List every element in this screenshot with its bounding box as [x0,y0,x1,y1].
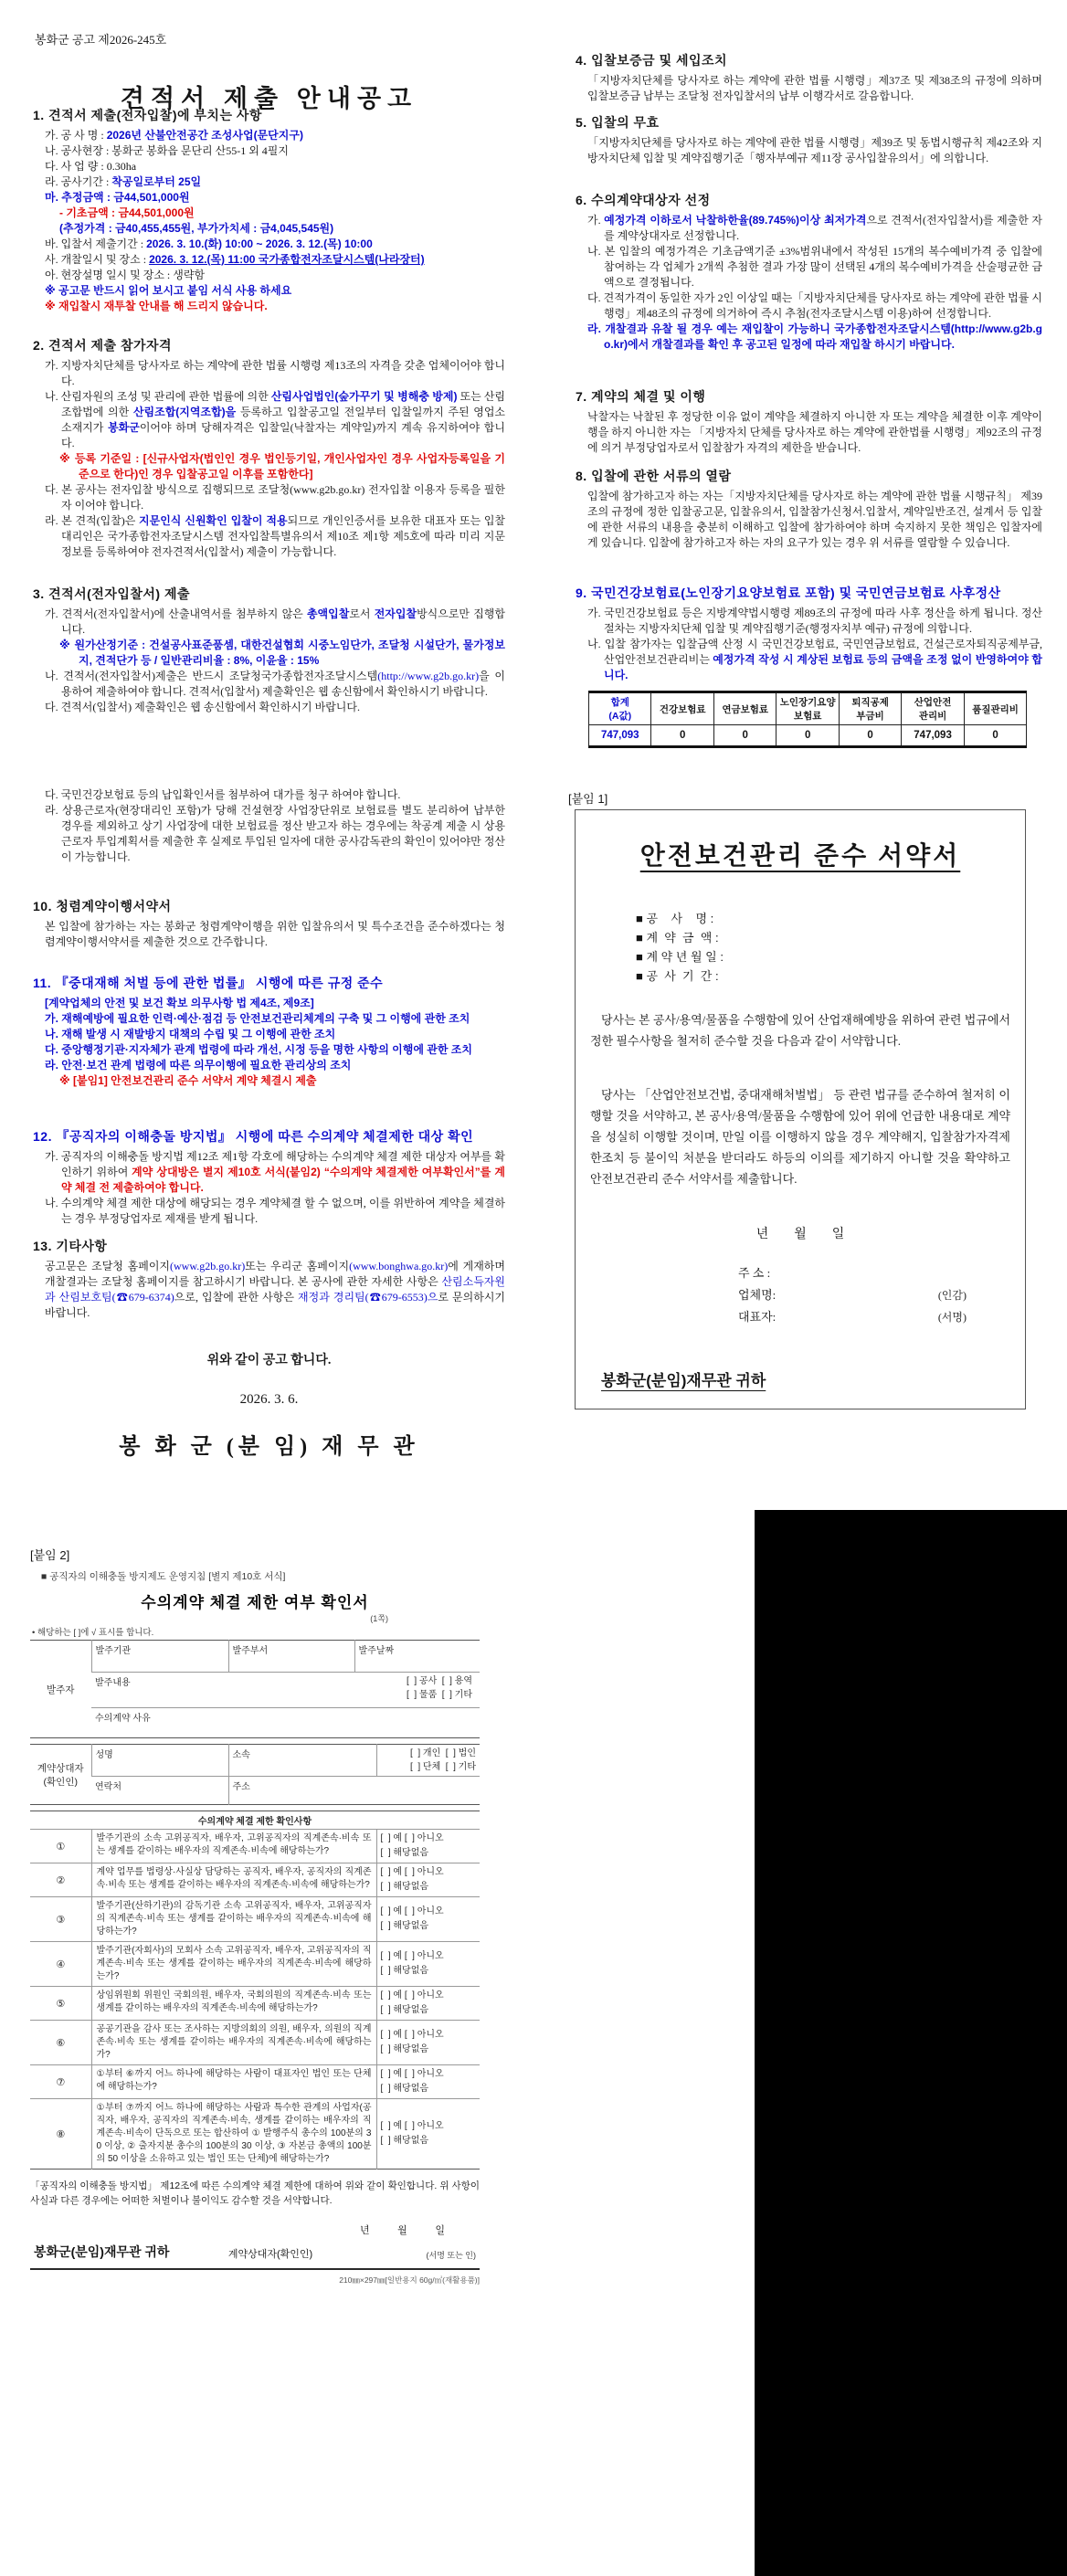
contract-reason-field[interactable]: 수의계약 사유 [91,1708,480,1738]
text-segment: - 기초금액 : 금44,501,000원 [59,206,195,219]
order-content-label: 발주내용 [95,1674,131,1702]
text-segment: 라. 상용근로자(현장대리인 포함)가 당해 건설현장 사업장단위로 보험료를 … [45,804,505,863]
item-number: ② [30,1863,91,1897]
contractor-name-field[interactable]: 성명 [91,1745,228,1777]
order-content-cell: 발주내용 [ ] 공사 [ ] 용역[ ] 물품 [ ] 기타 [91,1673,480,1708]
checkbox-line[interactable]: [ ] 예 [ ] 아니오 [381,1867,444,1877]
check-item-row: ③ 발주기관(산하기관)의 감독기관 소속 고위공직자, 배우자, 고위공직자의… [30,1897,480,1942]
section-1: 1. 견적서 제출(전자입찰)에 부치는 사항 가. 공 사 명 : 2026년… [33,106,505,314]
item-question: ①부터 ⑦까지 어느 하나에 해당하는 사람과 특수한 관계의 사업자(공직자,… [91,2099,376,2170]
text-segment: (http://www.g2b.go.kr) [377,670,479,682]
section-title: 10. 청렴계약이행서약서 [33,897,505,915]
item-question: 계약 업무를 법령상·사실상 담당하는 공직자, 배우자, 공직자의 직계존속·… [91,1863,376,1897]
paragraph: 「지방자치단체를 당사자로 하는 계약에 관한 법률 시행령」제39조 및 동법… [576,135,1042,166]
paragraph: 가. 국민건강보험료 등은 지방계약법시행령 제89조의 규정에 따라 사후 정… [576,606,1042,637]
orderer-row-label: 발주자 [30,1641,91,1738]
table-value-cell: 747,093 [902,725,964,747]
section-title: 8. 입찰에 관한 서류의 열람 [576,467,1042,485]
checkbox-line[interactable]: [ ] 공사 [ ] 용역 [407,1676,472,1686]
text-segment: 으로, 입찰에 관한 사항은 [174,1291,298,1304]
checkbox-line[interactable]: [ ] 예 [ ] 아니오 [381,2069,444,2079]
paragraph: - 기초금액 : 금44,501,000원 [33,206,505,221]
order-agency-field[interactable]: 발주기관 [91,1641,228,1673]
text-segment: 가. 견적서(전자입찰서)에 산출내역서를 첨부하지 않은 [45,607,307,620]
check-item-row: ⑤ 상임위원회 위원인 국회의원, 배우자, 국회의원의 직계존속·비속 또는 … [30,1987,480,2021]
paragraph: 라. 안전·보건 관계 법령에 따른 의무이행에 필요한 관리상의 조치 [33,1058,505,1073]
paragraph: 다. 본 공사는 전자입찰 방식으로 집행되므로 조달청(www.g2b.go.… [33,482,505,513]
text-segment: 「지방자치단체를 당사자로 하는 계약에 관한 법률 시행령」제37조 및 제3… [587,74,1042,102]
checkbox-line[interactable]: [ ] 단체 [ ] 기타 [410,1762,476,1772]
checkbox-line[interactable]: [ ] 해당없음 [381,1848,429,1858]
text-segment: (www.bonghwa.go.kr) [349,1260,448,1272]
section-title: 9. 국민건강보험료(노인장기요양보험료 포함) 및 국민연금보험료 사후정산 [576,584,1042,602]
text-segment: 총액입찰 [307,607,349,620]
table-row: 수의계약 사유 [30,1708,480,1738]
oath-signature-block: 주 소 : 업체명: (인감) 대표자: (서명) [738,1262,967,1328]
signature-label: 주 소 : [738,1262,770,1284]
text-segment: 다. 견적가격이 동일한 자가 2인 이상일 때는「지방자치단체를 당사자로 하… [587,291,1042,320]
table-value-cell: 0 [839,725,901,747]
document-page: 봉화군 공고 제2026-245호 견적서 제출 안내공고 1. 견적서 제출(… [0,0,1067,2576]
check-item-row: ⑦ ①부터 ⑥까지 어느 하나에 해당하는 사람이 대표자인 법인 또는 단체에… [30,2065,480,2099]
text-segment: 재정과 경리팀(☎679-6553)으 [298,1291,438,1304]
text-segment: ※ 원가산정기준 : [59,639,149,651]
paragraph: 다. 사 업 량 : 0.30ha [33,159,505,174]
section-8: 8. 입찰에 관한 서류의 열람 입찰에 참가하고자 하는 자는「지방자치단체를… [576,467,1042,551]
table-value-cell: 0 [651,725,713,747]
text-segment: 2026년 산불안전공간 조성사업(문단지구) [107,129,303,142]
paragraph: 라. 상용근로자(현장대리인 포함)가 당해 건설현장 사업장단위로 보험료를 … [33,803,505,865]
item-number: ⑤ [30,1987,91,2021]
checkbox-line[interactable]: [ ] 예 [ ] 아니오 [381,2121,444,2131]
paragraph: 나. 재해 발생 시 재발방지 대책의 수립 및 그 이행에 관한 조치 [33,1027,505,1042]
paragraph: 나. 본 입찰의 예정가격은 기초금액기준 ±3%범위내에서 작성된 15개의 … [576,244,1042,290]
paragraph: 나. 공사현장 : 봉화군 봉화읍 문단리 산55-1 외 4필지 [33,143,505,159]
item-number: ⑥ [30,2021,91,2065]
section-body: 다. 국민건강보험료 등의 납입확인서를 첨부하여 대가를 청구 하여야 합니다… [33,787,505,865]
check-item-row: ⑥ 공공기관을 감사 또는 조사하는 지방의회의 의원, 배우자, 의원의 직계… [30,2021,480,2065]
section-6: 6. 수의계약대상자 선정 가. 예정가격 이하로서 낙찰하한율(89.745%… [576,191,1042,353]
section-body: 「지방자치단체를 당사자로 하는 계약에 관한 법률 시행령」제37조 및 제3… [576,73,1042,104]
signature-note: (서명) [938,1306,967,1328]
item-answer-checkboxes[interactable]: [ ] 예 [ ] 아니오[ ] 해당없음 [376,1987,480,2021]
text-segment: ※ 공고문 반드시 읽어 보시고 붙임 서식 사용 하세요 [45,284,291,297]
text-segment: 본 입찰에 참가하는 자는 봉화군 청렴계약이행을 위한 입찰유의서 및 특수조… [45,920,505,948]
section-title: 3. 견적서(전자입찰서) 제출 [33,585,505,603]
checkbox-line[interactable]: [ ] 예 [ ] 아니오 [381,1833,444,1843]
section-body: 입찰에 참가하고자 하는 자는「지방자치단체를 당사자로 하는 계약에 관한 법… [576,489,1042,551]
text-segment: 가. 지방자치단체를 당사자로 하는 계약에 관한 법률 시행령 제13조의 자… [45,359,505,387]
checkbox-line[interactable]: [ ] 해당없음 [381,1921,429,1931]
attachment1-label: [붙임 1] [568,789,607,807]
oath-field-label: ■ 공 사 기 간 : [636,966,1025,986]
section-12: 12. 『공직자의 이해충돌 방지법』 시행에 따른 수의계약 체결제한 대상 … [33,1127,505,1227]
text-segment: 다. 본 공사는 전자입찰 방식으로 집행되므로 조달청(www.g2b.go.… [45,483,505,512]
checkbox-line[interactable]: [ ] 예 [ ] 아니오 [381,2030,444,2040]
text-segment: 바. 입찰서 제출기간 : [45,238,146,250]
oath-paragraph-2: 당사는 「산업안전보건법, 중대재해처벌법」 등 관련 법규를 준수하여 철저히… [590,1084,1010,1189]
checkbox-line[interactable]: [ ] 해당없음 [381,2136,429,2146]
text-segment: 다. 견적서(입찰서) 제출확인은 웹 송신함에서 확인하시기 바랍니다. [45,701,360,713]
checkbox-line[interactable]: [ ] 예 [ ] 아니오 [381,1906,444,1916]
table-value-cell: 0 [713,725,776,747]
document-number: 봉화군 공고 제2026-245호 [35,30,166,48]
form-note: • 해당하는 [ ]에 √ 표시를 합니다. [32,1625,480,1638]
text-segment: 다. 중앙행정기관·지자체가 관계 법령에 따라 개선, 시정 등을 명한 사항… [45,1043,472,1056]
paragraph: 아. 현장설명 일시 및 장소 : 생략함 [33,268,505,283]
text-segment: 나. 수의계약 체결 제한 대상에 해당되는 경우 계약체결 할 수 없으며, … [45,1197,505,1225]
text-segment: 다. 국민건강보험료 등의 납입확인서를 첨부하여 대가를 청구 하여야 합니다… [45,788,400,801]
paragraph: 라. 본 견적(입찰)은 지문인식 신원확인 입찰이 적용되므로 개인인증서를 … [33,513,505,560]
attachment2-form: [붙임 2] ■ 공직자의 이해충돌 방지제도 운영지침 [별지 제10호 서식… [30,1546,480,2286]
check-item-row: ④ 발주기관(자회사)의 모회사 소속 고위공직자, 배우자, 고위공직자의 직… [30,1942,480,1987]
oath-field-label: ■ 계 약 금 액 : [636,928,1025,947]
section-title: 12. 『공직자의 이해충돌 방지법』 시행에 따른 수의계약 체결제한 대상 … [33,1127,505,1145]
text-segment: 예정가격 이하로서 낙찰하한율(89.745%)이상 최저가격 [604,214,866,227]
safety-oath-box: 안전보건관리 준수 서약서 ■ 공 사 명 :■ 계 약 금 액 :■ 계 약 … [575,809,1026,1409]
check-items: ① 발주기관의 소속 고위공직자, 배우자, 고위공직자의 직계존속·비속 또는… [30,1830,480,2170]
text-segment: 다. 사 업 량 : 0.30ha [45,160,136,173]
signature-label: 대표자: [738,1306,776,1328]
text-segment: 또는 우리군 홈페이지 [245,1260,349,1272]
section-body: 가. 공 사 명 : 2026년 산불안전공간 조성사업(문단지구)나. 공사현… [33,128,505,314]
text-segment: 사. 개찰일시 및 장소 : [45,253,149,266]
oath-title: 안전보건관리 준수 서약서 [576,836,1025,872]
announcement-date: 2026. 3. 6. [33,1392,505,1408]
table-header-cell: 품질관리비 [964,692,1027,725]
item-answer-checkboxes[interactable]: [ ] 예 [ ] 아니오[ ] 해당없음 [376,2099,480,2170]
insurance-settlement-table: 합계 (A값)건강보험료연금보험료노인장기요양 보험료퇴직공제 부금비산업안전 … [588,691,1027,748]
table-value-cell: 0 [776,725,839,747]
item-number: ⑦ [30,2065,91,2099]
text-segment: 로서 [349,607,374,620]
section-body: 가. 지방자치단체를 당사자로 하는 계약에 관한 법률 시행령 제13조의 자… [33,358,505,560]
item-answer-checkboxes[interactable]: [ ] 예 [ ] 아니오[ ] 해당없음 [376,2021,480,2065]
check-table-title: 수의계약 체결 제한 확인사항 [30,1811,480,1830]
item-number: ⑧ [30,2099,91,2170]
table-header-cell: 건강보험료 [651,692,713,725]
table-header-cell: 퇴직공제 부금비 [839,692,901,725]
text-segment: 나. 견적서(전자입찰서)제출은 반드시 조달청국가종합전자조달시스템 [45,670,377,682]
oath-signature-row: 대표자: (서명) [738,1306,967,1328]
paragraph: 사. 개찰일시 및 장소 : 2026. 3. 12.(목) 11:00 국가종… [33,252,505,268]
section-10: 10. 청렴계약이행서약서 본 입찰에 참가하는 자는 봉화군 청렴계약이행을 … [33,897,505,950]
section-4: 4. 입찰보증금 및 세입조치 「지방자치단체를 당사자로 하는 계약에 관한 … [576,51,1042,104]
item-answer-checkboxes[interactable]: [ ] 예 [ ] 아니오[ ] 해당없음 [376,1863,480,1897]
text-segment: (www.g2b.go.kr) [170,1260,245,1272]
paragraph: ※ [붙임1] 안전보건관리 준수 서약서 계약 체결시 제출 [33,1073,505,1089]
text-segment: 낙찰자는 낙찰된 후 정당한 이유 없이 계약을 체결하지 아니한 자 또는 계… [587,410,1042,454]
text-segment: 가. 재해예방에 필요한 인력·예산·점검 등 안전보건관리체계의 구축 및 그… [45,1012,470,1025]
text-segment: 나. 본 입찰의 예정가격은 기초금액기준 ±3%범위내에서 작성된 15개의 … [587,245,1042,289]
paragraph: [계약업체의 안전 및 보건 확보 의무사항 법 제4조, 제9조] [33,996,505,1011]
paragraph: 다. 국민건강보험료 등의 납입확인서를 첨부하여 대가를 청구 하여야 합니다… [33,787,505,803]
section-title: 4. 입찰보증금 및 세입조치 [576,51,1042,69]
section-2: 2. 견적서 제출 참가자격 가. 지방자치단체를 당사자로 하는 계약에 관한… [33,336,505,560]
table-value-cell: 747,093 [589,725,651,747]
section-title: 5. 입찰의 무효 [576,113,1042,132]
checkbox-line[interactable]: [ ] 해당없음 [381,2084,429,2094]
section-title: 6. 수의계약대상자 선정 [576,191,1042,209]
text-segment: 라. [587,322,605,335]
oath-signature-row: 주 소 : [738,1262,967,1284]
paragraph: 가. 공직자의 이해충돌 방지법 제12조 제1항 각호에 해당하는 수의계약 … [33,1149,505,1196]
checkbox-line[interactable]: [ ] 예 [ ] 아니오 [381,1951,444,1961]
table-header-cell: 합계 (A값) [589,692,651,725]
paragraph: ※ 재입찰시 재투찰 안내를 해 드리지 않습니다. [33,299,505,314]
table-row: 발주자 발주기관 발주부서 발주날짜 [30,1641,480,1673]
announcer-signature: 봉 화 군 (분 임) 재 무 관 [33,1428,505,1460]
paragraph: 라. 공사기간 : 착공일로부터 25일 [33,174,505,190]
table-header-cell: 연금보험료 [713,692,776,725]
section-body: 본 입찰에 참가하는 자는 봉화군 청렴계약이행을 위한 입찰유의서 및 특수조… [33,919,505,950]
confirmation-statement: 「공직자의 이해충돌 방지법」 제12조에 따른 수의계약 체결 제한에 대하여… [30,2179,480,2208]
order-dept-field[interactable]: 발주부서 [228,1641,354,1673]
text-segment: 전자입찰 [375,607,417,620]
section-13: 13. 기타사항 공고문은 조달청 홈페이지(www.g2b.go.kr)또는 … [33,1237,505,1321]
paragraph: 라. 개찰결과 유찰 될 경우 예는 재입찰이 가능하니 국가종합전자조달시스템… [576,322,1042,353]
text-segment: [계약업체의 안전 및 보건 확보 의무사항 법 제4조, 제9조] [45,997,314,1009]
section-title: 7. 계약의 체결 및 이행 [576,387,1042,406]
section-3: 3. 견적서(전자입찰서) 제출 가. 견적서(전자입찰서)에 산출내역서를 첨… [33,585,505,715]
text-segment: 입찰에 참가하고자 하는 자는「지방자치단체를 당사자로 하는 계약에 관한 법… [587,490,1042,549]
contractor-type-checkboxes[interactable]: [ ] 개인 [ ] 법인[ ] 단체 [ ] 기타 [376,1745,480,1777]
text-segment: 개찰결과 유찰 될 경우 예는 재입찰이 가능하니 국가종합전자조달시스템(ht… [604,322,1042,351]
section-body: 가. 견적서(전자입찰서)에 산출내역서를 첨부하지 않은 총액입찰로서 전자입… [33,607,505,715]
item-question: 발주기관(산하기관)의 감독기관 소속 고위공직자, 배우자, 고위공직자의 직… [91,1897,376,1942]
oath-field-label: ■ 공 사 명 : [636,909,1025,928]
checkbox-line[interactable]: [ ] 해당없음 [381,2044,429,2054]
signature-label: 업체명: [738,1284,776,1306]
item-answer-checkboxes[interactable]: [ ] 예 [ ] 아니오[ ] 해당없음 [376,1897,480,1942]
text-segment: 가. [587,214,604,227]
section-7: 7. 계약의 체결 및 이행 낙찰자는 낙찰된 후 정당한 이유 없이 계약을 … [576,387,1042,456]
section-title: 11. 『중대재해 처벌 등에 관한 법률』 시행에 따른 규정 준수 [33,974,505,992]
form-footer-row: 봉화군(분임)재무관 귀하 계약상대자(확인인) (서명 또는 인) [30,2239,480,2270]
checkbox-line[interactable]: [ ] 개인 [ ] 법인 [410,1748,476,1758]
table-row: 연락처 주소 [30,1777,480,1805]
section-body: 가. 공직자의 이해충돌 방지법 제12조 제1항 각호에 해당하는 수의계약 … [33,1149,505,1227]
checkbox-line[interactable]: [ ] 해당없음 [381,1882,429,1892]
text-segment: 산림사업법인(숲가꾸기 및 병해충 방제) [271,390,458,403]
closing-announcement: 위와 같이 공고 합니다. [33,1350,505,1368]
oath-paragraph-1: 당사는 본 공사/용역/물품을 수행함에 있어 산업재해예방을 위하여 관련 법… [590,1009,1010,1051]
paragraph: 나. 수의계약 체결 제한 대상에 해당되는 경우 계약체결 할 수 없으며, … [33,1196,505,1227]
table-row: 계약상대자 (확인인) 성명 소속 [ ] 개인 [ ] 법인[ ] 단체 [ … [30,1745,480,1777]
contractor-belong-field[interactable]: 소속 [228,1745,376,1777]
text-segment: 지문인식 신원확인 입찰이 적용 [139,514,288,527]
order-type-checkboxes[interactable]: [ ] 공사 [ ] 용역[ ] 물품 [ ] 기타 [407,1674,476,1702]
form-title: 수의계약 체결 제한 여부 확인서 [30,1589,480,1612]
oath-date-line: 년 월 일 [576,1224,1025,1242]
paragraph: 다. 중앙행정기관·지자체가 관계 법령에 따라 개선, 시정 등을 명한 사항… [33,1042,505,1058]
item-answer-checkboxes[interactable]: [ ] 예 [ ] 아니오[ ] 해당없음 [376,1830,480,1863]
item-question: 발주기관의 소속 고위공직자, 배우자, 고위공직자의 직계존속·비속 또는 생… [91,1830,376,1863]
text-segment: 공고문은 조달청 홈페이지 [45,1260,170,1272]
text-segment: 라. 안전·보건 관계 법령에 따른 의무이행에 필요한 관리상의 조치 [45,1059,351,1072]
section-9: 9. 국민건강보험료(노인장기요양보험료 포함) 및 국민연금보험료 사후정산 … [576,584,1042,748]
item-number: ③ [30,1897,91,1942]
item-question: ①부터 ⑥까지 어느 하나에 해당하는 사람이 대표자인 법인 또는 단체에 해… [91,2065,376,2099]
checkbox-line[interactable]: [ ] 해당없음 [381,1966,429,1976]
oath-fields: ■ 공 사 명 :■ 계 약 금 액 :■ 계 약 년 월 일 :■ 공 사 기… [636,909,1025,986]
paragraph: 가. 재해예방에 필요한 인력·예산·점검 등 안전보건관리체계의 구축 및 그… [33,1011,505,1027]
paragraph: ※ 등록 기준일 : [신규사업자(법인인 경우 법인등기일, 개인사업자인 경… [33,451,505,482]
section-title: 2. 견적서 제출 참가자격 [33,336,505,354]
section-5: 5. 입찰의 무효 「지방자치단체를 당사자로 하는 계약에 관한 법률 시행령… [576,113,1042,166]
item-number: ① [30,1830,91,1863]
checkbox-line[interactable]: [ ] 예 [ ] 아니오 [381,1990,444,2001]
text-segment: 산림조합(지역조합)을 [133,406,236,418]
paragraph: 가. 견적서(전자입찰서)에 산출내역서를 첨부하지 않은 총액입찰로서 전자입… [33,607,505,638]
text-segment: 착공일로부터 25일 [111,175,201,188]
table-header-row: 수의계약 체결 제한 확인사항 [30,1811,480,1830]
table-row: 발주내용 [ ] 공사 [ ] 용역[ ] 물품 [ ] 기타 [30,1673,480,1708]
paragraph: 「지방자치단체를 당사자로 하는 계약에 관한 법률 시행령」제37조 및 제3… [576,73,1042,104]
form-sign-note: (서명 또는 인) [427,2249,476,2261]
table-value-cell: 0 [964,725,1027,747]
text-segment: 라. 공사기간 : [45,175,111,188]
section-title: 13. 기타사항 [33,1237,505,1255]
text-segment: ※ 등록 기준일 : [신규사업자(법인인 경우 법인등기일, 개인사업자인 경… [59,452,505,480]
oath-recipient: 봉화군(분임)재무관 귀하 [601,1367,766,1390]
text-segment: ※ 재입찰시 재투찰 안내를 해 드리지 않습니다. [45,300,268,312]
text-segment: 2026. 3. 10.(화) 10:00 ~ 2026. 3. 12.(목) … [146,238,373,250]
paragraph: 바. 입찰서 제출기간 : 2026. 3. 10.(화) 10:00 ~ 20… [33,237,505,252]
orderer-table: 발주자 발주기관 발주부서 발주날짜 발주내용 [ ] 공사 [ ] 용역[ ]… [30,1640,480,1738]
contractor-row-label: 계약상대자 (확인인) [30,1745,91,1805]
oath-signature-row: 업체명: (인감) [738,1284,967,1306]
text-segment: 라. 본 견적(입찰)은 [45,514,139,527]
check-item-row: ② 계약 업무를 법령상·사실상 담당하는 공직자, 배우자, 공직자의 직계존… [30,1863,480,1897]
section-body: 가. 국민건강보험료 등은 지방계약법시행령 제89조의 규정에 따라 사후 정… [576,606,1042,683]
text-segment: 「지방자치단체를 당사자로 하는 계약에 관한 법률 시행령」제39조 및 동법… [587,136,1042,164]
redacted-region [755,1510,1067,2576]
check-item-row: ① 발주기관의 소속 고위공직자, 배우자, 고위공직자의 직계존속·비속 또는… [30,1830,480,1863]
contractor-address-field[interactable]: 주소 [228,1777,480,1805]
section-body: 「지방자치단체를 당사자로 하는 계약에 관한 법률 시행령」제39조 및 동법… [576,135,1042,166]
paragraph: 본 입찰에 참가하는 자는 봉화군 청렴계약이행을 위한 입찰유의서 및 특수조… [33,919,505,950]
table-header-cell: 노인장기요양 보험료 [776,692,839,725]
signature-note: (인감) [938,1284,967,1306]
table-value-row: 747,0930000747,0930 [589,725,1027,747]
text-segment: 나. 산림자원의 조성 및 관리에 관한 법률에 의한 [45,390,271,403]
item-answer-checkboxes[interactable]: [ ] 예 [ ] 아니오[ ] 해당없음 [376,1942,480,1987]
section-body: [계약업체의 안전 및 보건 확보 의무사항 법 제4조, 제9조]가. 재해예… [33,996,505,1089]
form-date-line: 년 월 일 [30,2222,445,2237]
paragraph: 가. 공 사 명 : 2026년 산불안전공간 조성사업(문단지구) [33,128,505,143]
text-segment: (추정가격 : 금40,455,455원, 부가가치세 : 금4,045,545… [59,222,333,235]
text-segment: 나. 재해 발생 시 재발방지 대책의 수립 및 그 이행에 관한 조치 [45,1028,335,1040]
text-segment: 2026. 3. 12.(목) 11:00 국가종합전자조달시스템(나라장터) [149,253,425,266]
checkbox-line[interactable]: [ ] 물품 [ ] 기타 [407,1690,472,1700]
text-segment: 가. 공 사 명 : [45,129,107,142]
paragraph: 가. 예정가격 이하로서 낙찰하한율(89.745%)이상 최저가격으로 견적서… [576,213,1042,244]
paragraph: (추정가격 : 금40,455,455원, 부가가치세 : 금4,045,545… [33,221,505,237]
item-question: 발주기관(자회사)의 모회사 소속 고위공직자, 배우자, 고위공직자의 직계존… [91,1942,376,1987]
paragraph: 다. 견적서(입찰서) 제출확인은 웹 송신함에서 확인하시기 바랍니다. [33,700,505,715]
form-recipient: 봉화군(분임)재무관 귀하 [34,2243,169,2261]
section-title: 1. 견적서 제출(전자입찰)에 부치는 사항 [33,106,505,124]
page-marker: (1쪽) [30,1612,388,1624]
paragraph: ※ 원가산정기준 : 건설공사표준품셈, 대한건설협회 시중노임단가, 조달청 … [33,638,505,669]
paragraph: ※ 공고문 반드시 읽어 보시고 붙임 서식 사용 하세요 [33,283,505,299]
paragraph: 나. 산림자원의 조성 및 관리에 관한 법률에 의한 산림사업법인(숲가꾸기 … [33,389,505,451]
text-segment: ※ [붙임1] 안전보건관리 준수 서약서 계약 체결시 제출 [59,1074,317,1087]
table-header-row: 합계 (A값)건강보험료연금보험료노인장기요양 보험료퇴직공제 부금비산업안전 … [589,692,1027,725]
section-body: 공고문은 조달청 홈페이지(www.g2b.go.kr)또는 우리군 홈페이지(… [33,1259,505,1321]
item-answer-checkboxes[interactable]: [ ] 예 [ ] 아니오[ ] 해당없음 [376,2065,480,2099]
text-segment: 가. 국민건강보험료 등은 지방계약법시행령 제89조의 규정에 따라 사후 정… [587,607,1042,635]
paragraph: 입찰에 참가하고자 하는 자는「지방자치단체를 당사자로 하는 계약에 관한 법… [576,489,1042,551]
contractor-contact-field[interactable]: 연락처 [91,1777,228,1805]
paragraph: 다. 견적가격이 동일한 자가 2인 이상일 때는「지방자치단체를 당사자로 하… [576,290,1042,322]
contractor-table: 계약상대자 (확인인) 성명 소속 [ ] 개인 [ ] 법인[ ] 단체 [ … [30,1744,480,1805]
text-segment: 나. 공사현장 : 봉화군 봉화읍 문단리 산55-1 외 4필지 [45,144,289,157]
paragraph: 낙찰자는 낙찰된 후 정당한 이유 없이 계약을 체결하지 아니한 자 또는 계… [576,409,1042,456]
section-body: 가. 예정가격 이하로서 낙찰하한율(89.745%)이상 최저가격으로 견적서… [576,213,1042,353]
section-9-continued: 다. 국민건강보험료 등의 납입확인서를 첨부하여 대가를 청구 하여야 합니다… [33,787,505,865]
form-confirmer-label: 계약상대자(확인인) [228,2246,312,2261]
paragraph: 나. 견적서(전자입찰서)제출은 반드시 조달청국가종합전자조달시스템(http… [33,669,505,700]
paragraph: 나. 입찰 참가자는 입찰금액 산정 시 국민건강보험료, 국민연금보험료, 건… [576,637,1042,683]
form-guideline: ■ 공직자의 이해충돌 방지제도 운영지침 [별지 제10호 서식] [30,1569,480,1583]
item-number: ④ [30,1942,91,1987]
section-11: 11. 『중대재해 처벌 등에 관한 법률』 시행에 따른 규정 준수 [계약업… [33,974,505,1089]
item-question: 상임위원회 위원인 국회의원, 배우자, 국회의원의 직계존속·비속 또는 생계… [91,1987,376,2021]
paragraph: 공고문은 조달청 홈페이지(www.g2b.go.kr)또는 우리군 홈페이지(… [33,1259,505,1321]
paragraph: 마. 추정금액 : 금44,501,000원 [33,190,505,206]
paper-spec: 210㎜×297㎜[일반용지 60g/㎡(재활용품)] [30,2275,480,2286]
oath-field-label: ■ 계 약 년 월 일 : [636,947,1025,966]
text-segment: 아. 현장설명 일시 및 장소 : 생략함 [45,269,205,281]
table-header-cell: 산업안전 관리비 [902,692,964,725]
order-date-field[interactable]: 발주날짜 [354,1641,480,1673]
checkbox-line[interactable]: [ ] 해당없음 [381,2005,429,2015]
text-segment: 마. 추정금액 : 금44,501,000원 [45,191,190,204]
paragraph: 가. 지방자치단체를 당사자로 하는 계약에 관한 법률 시행령 제13조의 자… [33,358,505,389]
text-segment: 봉화군 [108,421,140,434]
section-body: 낙찰자는 낙찰된 후 정당한 이유 없이 계약을 체결하지 아니한 자 또는 계… [576,409,1042,456]
item-question: 공공기관을 감사 또는 조사하는 지방의회의 의원, 배우자, 의원의 직계존속… [91,2021,376,2065]
check-item-row: ⑧ ①부터 ⑦까지 어느 하나에 해당하는 사람과 특수한 관계의 사업자(공직… [30,2099,480,2170]
restriction-check-table: 수의계약 체결 제한 확인사항 ① 발주기관의 소속 고위공직자, 배우자, 고… [30,1811,480,2170]
attachment2-label: [붙임 2] [30,1546,480,1563]
